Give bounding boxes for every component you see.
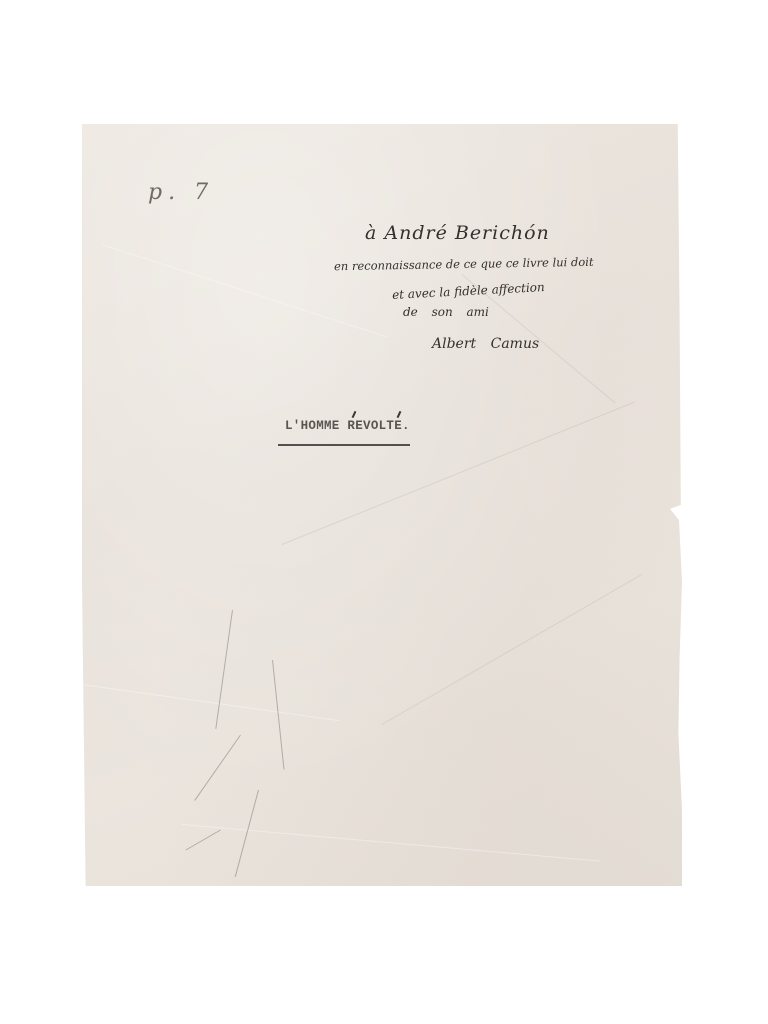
title-underline [278, 444, 410, 446]
dedication-line-3: de son ami [403, 305, 489, 319]
page-number: p. 7 [148, 180, 214, 205]
typed-title: L'HOMME REVOLTE. [285, 419, 410, 433]
paper-crease [382, 574, 642, 725]
paper-crease [82, 684, 340, 721]
dedication-recipient: à André Berichón [365, 222, 550, 244]
author-signature: Albert Camus [432, 336, 539, 352]
